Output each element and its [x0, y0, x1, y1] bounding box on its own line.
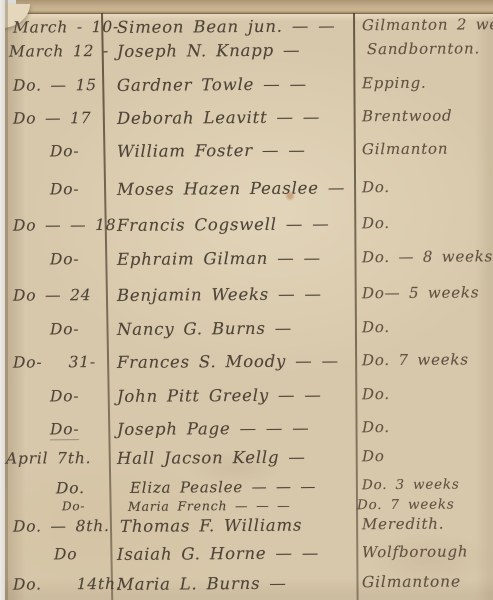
name-cell: Simeon Bean jun. — —: [117, 16, 336, 37]
table-row: Do. 14th. Maria L. Burns — Gilmantone: [0, 572, 493, 600]
place-cell: Meredith.: [362, 515, 444, 534]
name-cell: Benjamin Weeks — —: [117, 284, 322, 304]
table-row: Do- Nancy G. Burns — Do.: [0, 317, 493, 348]
name-cell: Maria French — — —: [128, 498, 291, 514]
place-cell: Do. 7 weeks: [357, 497, 455, 514]
name-cell: Joseph N. Knapp —: [117, 41, 300, 61]
name-cell: Hall Jacson Kellg —: [117, 448, 306, 468]
table-row: Do. — 8th. Thomas F. Williams Meredith.: [0, 514, 493, 545]
date-cell: Do-: [50, 420, 80, 440]
date-cell: Do.: [56, 479, 85, 497]
table-row: Do- John Pitt Greely — — Do.: [0, 384, 493, 415]
table-row: Do- Moses Hazen Peaslee — Do.: [0, 177, 493, 208]
name-cell: Moses Hazen Peaslee —: [117, 178, 345, 199]
table-row: Do- William Foster — — Gilmanton: [0, 139, 493, 170]
name-cell: Gardner Towle — —: [117, 75, 307, 95]
date-cell: Do — 17: [13, 109, 92, 128]
page-top-edge: [0, 0, 493, 14]
place-cell: Do.: [362, 178, 390, 196]
table-row: Do — — 18 Francis Cogswell — — Do.: [0, 213, 493, 244]
date-cell: March 12 -: [9, 42, 109, 61]
place-cell: Gilmantone: [362, 573, 461, 592]
name-cell: Francis Cogswell — —: [117, 214, 330, 234]
place-cell: Epping.: [362, 74, 427, 92]
name-cell: Eliza Peaslee — — —: [130, 478, 316, 497]
name-cell: Frances S. Moody — —: [117, 351, 339, 372]
name-cell: Joseph Page — — —: [117, 419, 310, 439]
name-cell: Isaiah G. Horne — —: [117, 543, 319, 563]
place-cell: Do. — 8 weeks: [362, 247, 493, 266]
date-cell: Do. — 8th.: [13, 517, 110, 536]
name-cell: Maria L. Burns —: [117, 574, 287, 594]
date-cell: Do-: [50, 142, 80, 160]
date-cell: Do. — 15: [13, 76, 97, 95]
place-cell: Brentwood: [362, 107, 453, 126]
date-cell: April 7th.: [6, 449, 91, 468]
place-cell: Do.: [362, 318, 390, 336]
date-cell: Do — 24: [13, 286, 92, 305]
table-row: Do Isaiah G. Horne — — Wolfborough: [0, 542, 493, 573]
date-cell: Do-: [62, 499, 85, 513]
date-cell: Do — — 18: [13, 216, 117, 235]
date-cell: Do-: [50, 250, 80, 268]
name-cell: John Pitt Greely — —: [117, 385, 322, 405]
table-row: Do — 17 Deborah Leavitt — — Brentwood: [0, 106, 493, 137]
table-row: March 12 - Joseph N. Knapp — Sandbornton…: [0, 39, 493, 70]
name-cell: Deborah Leavitt — —: [117, 107, 320, 127]
table-row: Do. — 15 Gardner Towle — — Epping.: [0, 73, 493, 104]
place-cell: Do.: [362, 385, 390, 403]
place-cell: Sandbornton.: [367, 39, 480, 58]
place-cell: Do.: [362, 418, 390, 436]
place-cell: Gilmanton: [362, 140, 448, 159]
table-row: Do- 31- Frances S. Moody — — Do. 7 weeks: [0, 350, 493, 381]
date-cell: Do-: [50, 180, 80, 198]
name-cell: Ephraim Gilman — —: [117, 248, 321, 268]
table-row: April 7th. Hall Jacson Kellg — Do: [0, 446, 493, 477]
place-cell: Do: [362, 447, 385, 465]
place-cell: Do— 5 weeks: [362, 283, 479, 302]
name-cell: William Foster — —: [117, 141, 306, 161]
place-cell: Wolfborough: [362, 542, 468, 561]
ledger-page: March - 10- Simeon Bean jun. — — Gilmant…: [0, 0, 493, 600]
place-cell: Do.: [362, 214, 390, 232]
date-cell: Do. 14th.: [13, 575, 122, 594]
table-row: Do — 24 Benjamin Weeks — — Do— 5 weeks: [0, 283, 493, 314]
table-row: Do- Ephraim Gilman — — Do. — 8 weeks: [0, 247, 493, 278]
place-cell: Gilmanton 2 weeks: [362, 15, 493, 34]
table-row: Do- Joseph Page — — — Do.: [0, 417, 493, 448]
date-cell: Do- 31-: [13, 353, 96, 372]
date-cell: March - 10-: [13, 18, 119, 37]
name-cell: Thomas F. Williams: [120, 516, 302, 536]
date-cell: Do: [54, 545, 77, 563]
place-cell: Do. 7 weeks: [362, 350, 469, 369]
date-cell: Do-: [50, 387, 80, 405]
name-cell: Nancy G. Burns —: [117, 319, 292, 339]
date-cell: Do-: [50, 320, 80, 338]
place-cell: Do. 3 weeks: [362, 477, 460, 494]
